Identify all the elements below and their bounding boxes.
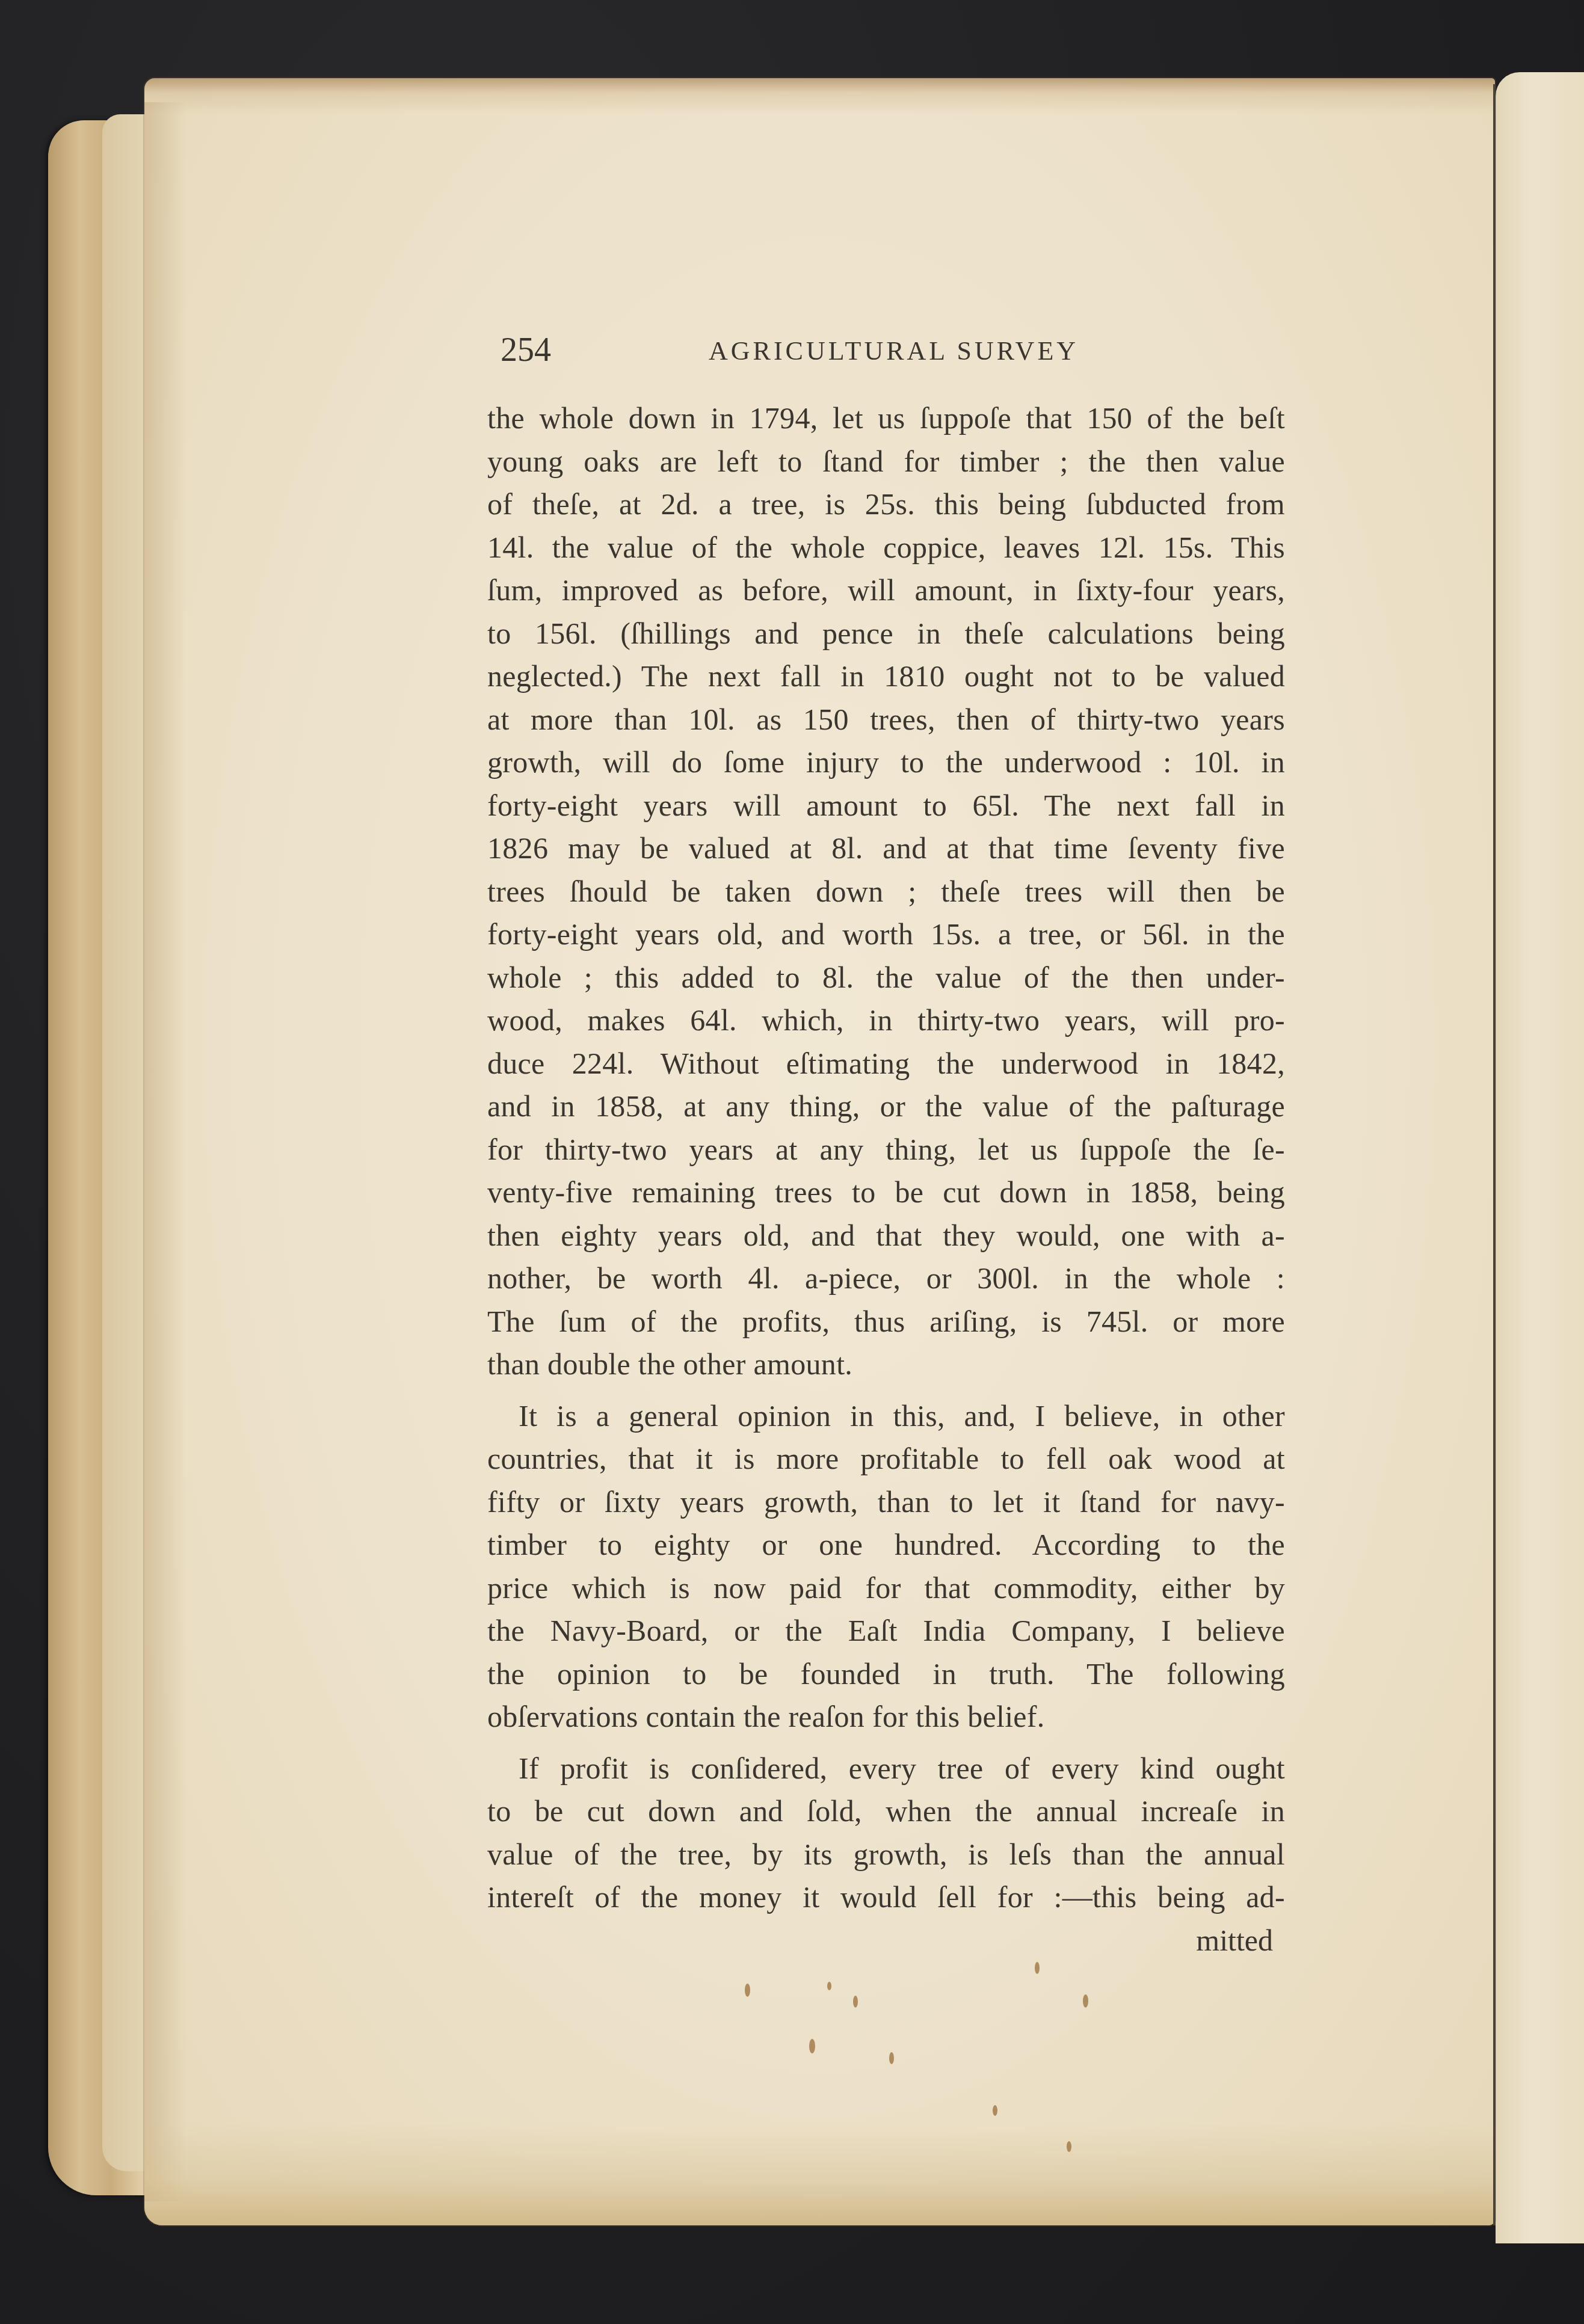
foxing-spot	[1083, 1994, 1088, 2008]
left-edge-stain	[144, 102, 186, 2201]
text-line: and in 1858, at any thing, or the value …	[487, 1085, 1285, 1128]
foxing-spot	[889, 2052, 894, 2064]
text-line: The ſum of the profits, thus ariſing, is…	[487, 1300, 1285, 1344]
bottom-edge-stain	[144, 2123, 1495, 2225]
text-line: to be cut down and ſold, when the annual…	[487, 1790, 1285, 1833]
foxing-spot	[827, 1982, 831, 1990]
text-line: then eighty years old, and that they wou…	[487, 1214, 1285, 1258]
text-line: wood, makes 64l. which, in thirty-two ye…	[487, 999, 1285, 1042]
text-line: It is a general opinion in this, and, I …	[487, 1395, 1285, 1438]
catchword: mitted	[487, 1919, 1285, 1963]
text-line: the Navy-Board, or the Eaſt India Compan…	[487, 1609, 1285, 1653]
text-line: growth, will do ſome injury to the under…	[487, 741, 1285, 784]
text-line: to 156l. (ſhillings and pence in theſe c…	[487, 612, 1285, 656]
text-line: the whole down in 1794, let us ſuppoſe t…	[487, 397, 1285, 440]
foxing-spot	[1035, 1962, 1040, 1974]
text-line: at more than 10l. as 150 trees, then of …	[487, 698, 1285, 742]
body-text: the whole down in 1794, let us ſuppoſe t…	[487, 397, 1285, 1962]
text-line: 1826 may be valued at 8l. and at that ti…	[487, 827, 1285, 870]
text-line: intereſt of the money it would ſell for …	[487, 1876, 1285, 1919]
text-line: nother, be worth 4l. a-piece, or 300l. i…	[487, 1257, 1285, 1300]
text-line: ſum, improved as before, will amount, in…	[487, 569, 1285, 612]
text-line: of theſe, at 2d. a tree, is 25s. this be…	[487, 483, 1285, 526]
paragraph: It is a general opinion in this, and, I …	[487, 1395, 1285, 1739]
text-line: young oaks are left to ſtand for timber …	[487, 440, 1285, 484]
text-line: timber to eighty or one hundred. Accordi…	[487, 1523, 1285, 1567]
text-line: forty-eight years old, and worth 15s. a …	[487, 913, 1285, 956]
running-head: 254 AGRICULTURAL SURVEY	[487, 325, 1285, 373]
text-line: venty-five remaining trees to be cut dow…	[487, 1171, 1285, 1214]
paragraph-gap	[487, 1739, 1285, 1747]
text-line: for thirty-two years at any thing, let u…	[487, 1128, 1285, 1172]
foxing-spot	[993, 2105, 997, 2116]
text-line: whole ; this added to 8l. the value of t…	[487, 956, 1285, 1000]
foxing-spot	[1067, 2141, 1071, 2152]
text-line: countries, that it is more profitable to…	[487, 1437, 1285, 1481]
facing-page-edge	[1496, 72, 1584, 2243]
text-block: 254 AGRICULTURAL SURVEY the whole down i…	[487, 325, 1285, 1962]
text-line: 14l. the value of the whole coppice, lea…	[487, 526, 1285, 570]
foxing-spot	[809, 2039, 815, 2053]
paragraph-gap	[487, 1386, 1285, 1395]
foxing-spot	[853, 1996, 858, 2008]
text-line: obſervations contain the reaſon for this…	[487, 1695, 1285, 1739]
foxing-spot	[745, 1984, 750, 1997]
text-line: than double the other amount.	[487, 1343, 1285, 1386]
page-number: 254	[501, 331, 551, 369]
text-line: forty-eight years will amount to 65l. Th…	[487, 784, 1285, 828]
text-line: value of the tree, by its growth, is leſ…	[487, 1833, 1285, 1877]
paragraph: If profit is conſidered, every tree of e…	[487, 1747, 1285, 1919]
text-line: price which is now paid for that commodi…	[487, 1567, 1285, 1610]
text-line: duce 224l. Without eſtimating the underw…	[487, 1042, 1285, 1086]
paragraph: the whole down in 1794, let us ſuppoſe t…	[487, 397, 1285, 1386]
gutter-shadow	[1493, 84, 1496, 2225]
text-line: trees ſhould be taken down ; theſe trees…	[487, 870, 1285, 914]
running-title: AGRICULTURAL SURVEY	[709, 336, 1079, 366]
top-edge-stain	[144, 78, 1495, 114]
text-line: the opinion to be founded in truth. The …	[487, 1653, 1285, 1696]
text-line: neglected.) The next fall in 1810 ought …	[487, 655, 1285, 698]
scan-scene: 254 AGRICULTURAL SURVEY the whole down i…	[0, 0, 1584, 2324]
text-line: If profit is conſidered, every tree of e…	[487, 1747, 1285, 1791]
text-line: fifty or ſixty years growth, than to let…	[487, 1481, 1285, 1524]
